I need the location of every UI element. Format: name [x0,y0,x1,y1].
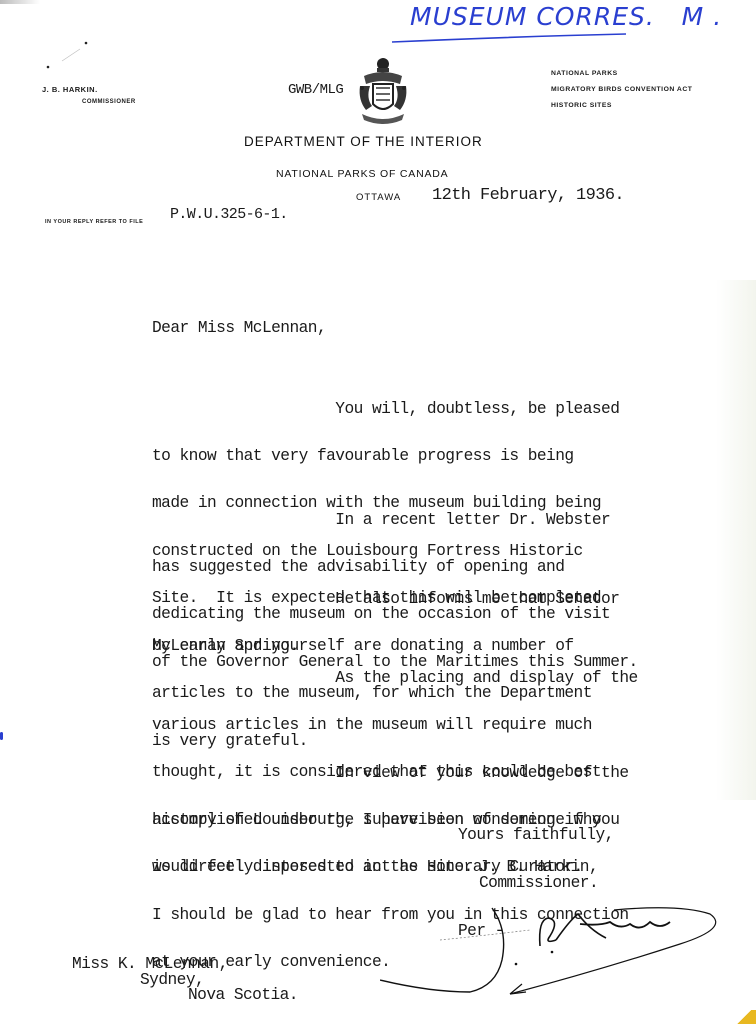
paragraph-line: As the placing and display of the [152,671,638,687]
scan-edge-shadow [0,0,40,4]
recipient-line-3: Nova Scotia. [188,988,298,1004]
pen-mark-icon [40,35,100,75]
handwritten-underline-icon [390,30,630,46]
file-ref-value: P.W.U.325-6-1. [170,206,288,223]
paragraph-line: various articles in the museum will requ… [152,718,638,734]
handwritten-annotation: MUSEUM CORRES. M . [410,2,722,31]
branch-title: NATIONAL PARKS OF CANADA [276,168,448,180]
letterhead-right-line-2: MIGRATORY BIRDS CONVENTION ACT [551,86,692,93]
coat-of-arms-icon [356,54,410,126]
commissioner-title: COMMISSIONER [82,99,136,105]
typist-initials: GWB/MLG [288,82,343,98]
department-title: DEPARTMENT OF THE INTERIOR [244,134,483,149]
paragraph-line: You will, doubtless, be pleased [152,402,619,418]
city-label: OTTAWA [356,192,401,203]
letter-date: 12th February, 1936. [432,186,624,205]
letterhead-right-line-3: HISTORIC SITES [551,102,612,109]
paragraph-line: He also informs me that Senator [152,592,619,608]
paper-stain [716,280,756,800]
letterhead-right-line-1: NATIONAL PARKS [551,70,618,77]
closing: Yours faithfully, [458,828,614,844]
commissioner-name: J. B. HARKIN. [42,85,98,94]
salutation: Dear Miss McLennan, [152,321,326,337]
signer-title: Commissioner. [479,876,598,892]
margin-ink-mark [0,732,3,740]
file-ref-label: IN YOUR REPLY REFER TO FILE [45,219,143,225]
paragraph-line: to know that very favourable progress is… [152,449,619,465]
paragraph-line: In view of your knowledge of the [152,766,629,782]
page-corner [732,1010,756,1024]
handwritten-signature-icon [380,900,730,1010]
paragraph-line: In a recent letter Dr. Webster [152,513,638,529]
